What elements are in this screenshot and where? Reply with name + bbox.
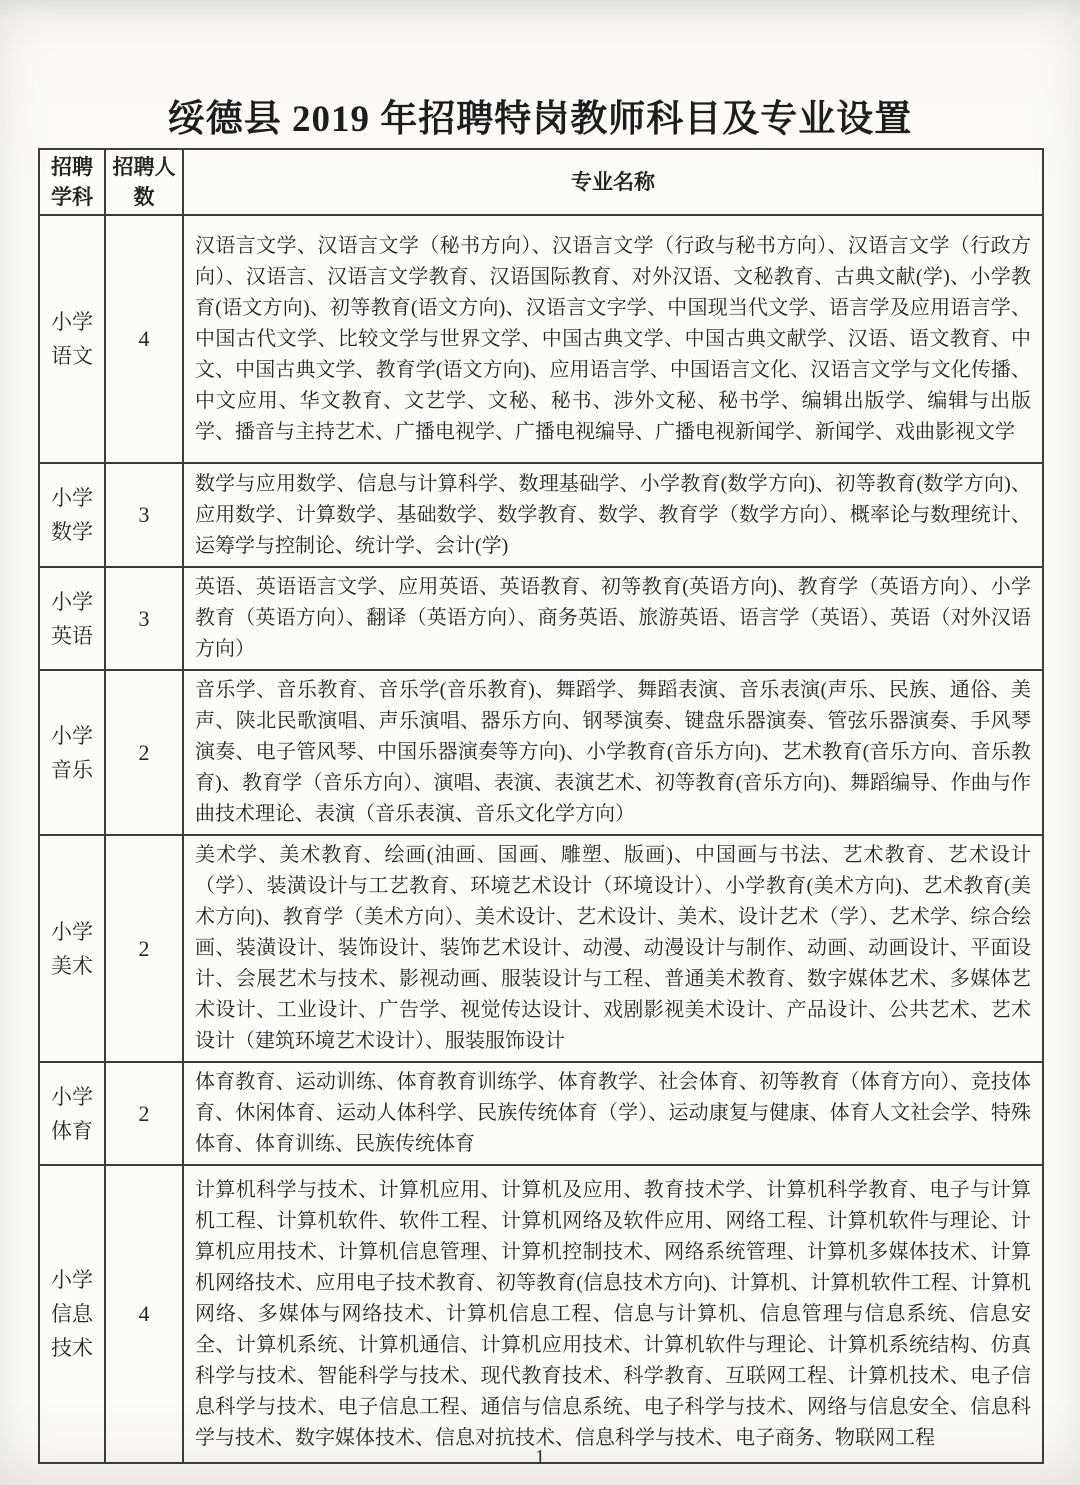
recruitment-table: 招聘学科 招聘人数 专业名称 小学语文 4 汉语言文学、汉语言文学（秘书方向）、… bbox=[38, 148, 1044, 1464]
scanned-page: 绥德县 2019 年招聘特岗教师科目及专业设置 招聘学科 招聘人数 专业名称 小… bbox=[0, 0, 1080, 1485]
subject-cell: 小学英语 bbox=[39, 567, 105, 670]
majors-cell: 音乐学、音乐教育、音乐学(音乐教育)、舞蹈学、舞蹈表演、音乐表演(声乐、民族、通… bbox=[183, 670, 1043, 835]
table-row: 小学语文 4 汉语言文学、汉语言文学（秘书方向）、汉语言文学（行政与秘书方向）、… bbox=[39, 215, 1043, 463]
table-header-row: 招聘学科 招聘人数 专业名称 bbox=[39, 149, 1043, 215]
majors-cell: 计算机科学与技术、计算机应用、计算机及应用、教育技术学、计算机科学教育、电子与计… bbox=[183, 1165, 1043, 1463]
count-cell: 4 bbox=[105, 215, 183, 463]
majors-cell: 体育教育、运动训练、体育教育训练学、体育教学、社会体育、初等教育（体育方向）、竞… bbox=[183, 1062, 1043, 1165]
subject-cell: 小学美术 bbox=[39, 835, 105, 1062]
subject-cell: 小学语文 bbox=[39, 215, 105, 463]
count-cell: 3 bbox=[105, 463, 183, 567]
majors-cell: 汉语言文学、汉语言文学（秘书方向）、汉语言文学（行政与秘书方向）、汉语言文学（行… bbox=[183, 215, 1043, 463]
subject-cell: 小学数学 bbox=[39, 463, 105, 567]
count-cell: 2 bbox=[105, 670, 183, 835]
count-cell: 3 bbox=[105, 567, 183, 670]
subject-cell: 小学音乐 bbox=[39, 670, 105, 835]
table-row: 小学英语 3 英语、英语语言文学、应用英语、英语教育、初等教育(英语方向)、教育… bbox=[39, 567, 1043, 670]
majors-cell: 英语、英语语言文学、应用英语、英语教育、初等教育(英语方向)、教育学（英语方向）… bbox=[183, 567, 1043, 670]
table-row: 小学数学 3 数学与应用数学、信息与计算科学、数理基础学、小学教育(数学方向)、… bbox=[39, 463, 1043, 567]
header-count: 招聘人数 bbox=[105, 149, 183, 215]
document-title: 绥德县 2019 年招聘特岗教师科目及专业设置 bbox=[0, 88, 1080, 142]
count-cell: 4 bbox=[105, 1165, 183, 1463]
table-row: 小学美术 2 美术学、美术教育、绘画(油画、国画、雕塑、版画)、中国画与书法、艺… bbox=[39, 835, 1043, 1062]
majors-cell: 美术学、美术教育、绘画(油画、国画、雕塑、版画)、中国画与书法、艺术教育、艺术设… bbox=[183, 835, 1043, 1062]
table-row: 小学体育 2 体育教育、运动训练、体育教育训练学、体育教学、社会体育、初等教育（… bbox=[39, 1062, 1043, 1165]
header-subject: 招聘学科 bbox=[39, 149, 105, 215]
subject-cell: 小学体育 bbox=[39, 1062, 105, 1165]
table-row: 小学音乐 2 音乐学、音乐教育、音乐学(音乐教育)、舞蹈学、舞蹈表演、音乐表演(… bbox=[39, 670, 1043, 835]
header-major: 专业名称 bbox=[183, 149, 1043, 215]
count-cell: 2 bbox=[105, 1062, 183, 1165]
majors-cell: 数学与应用数学、信息与计算科学、数理基础学、小学教育(数学方向)、初等教育(数学… bbox=[183, 463, 1043, 567]
subject-cell: 小学信息技术 bbox=[39, 1165, 105, 1463]
page-number: 1 bbox=[0, 1446, 1080, 1469]
table-row: 小学信息技术 4 计算机科学与技术、计算机应用、计算机及应用、教育技术学、计算机… bbox=[39, 1165, 1043, 1463]
count-cell: 2 bbox=[105, 835, 183, 1062]
